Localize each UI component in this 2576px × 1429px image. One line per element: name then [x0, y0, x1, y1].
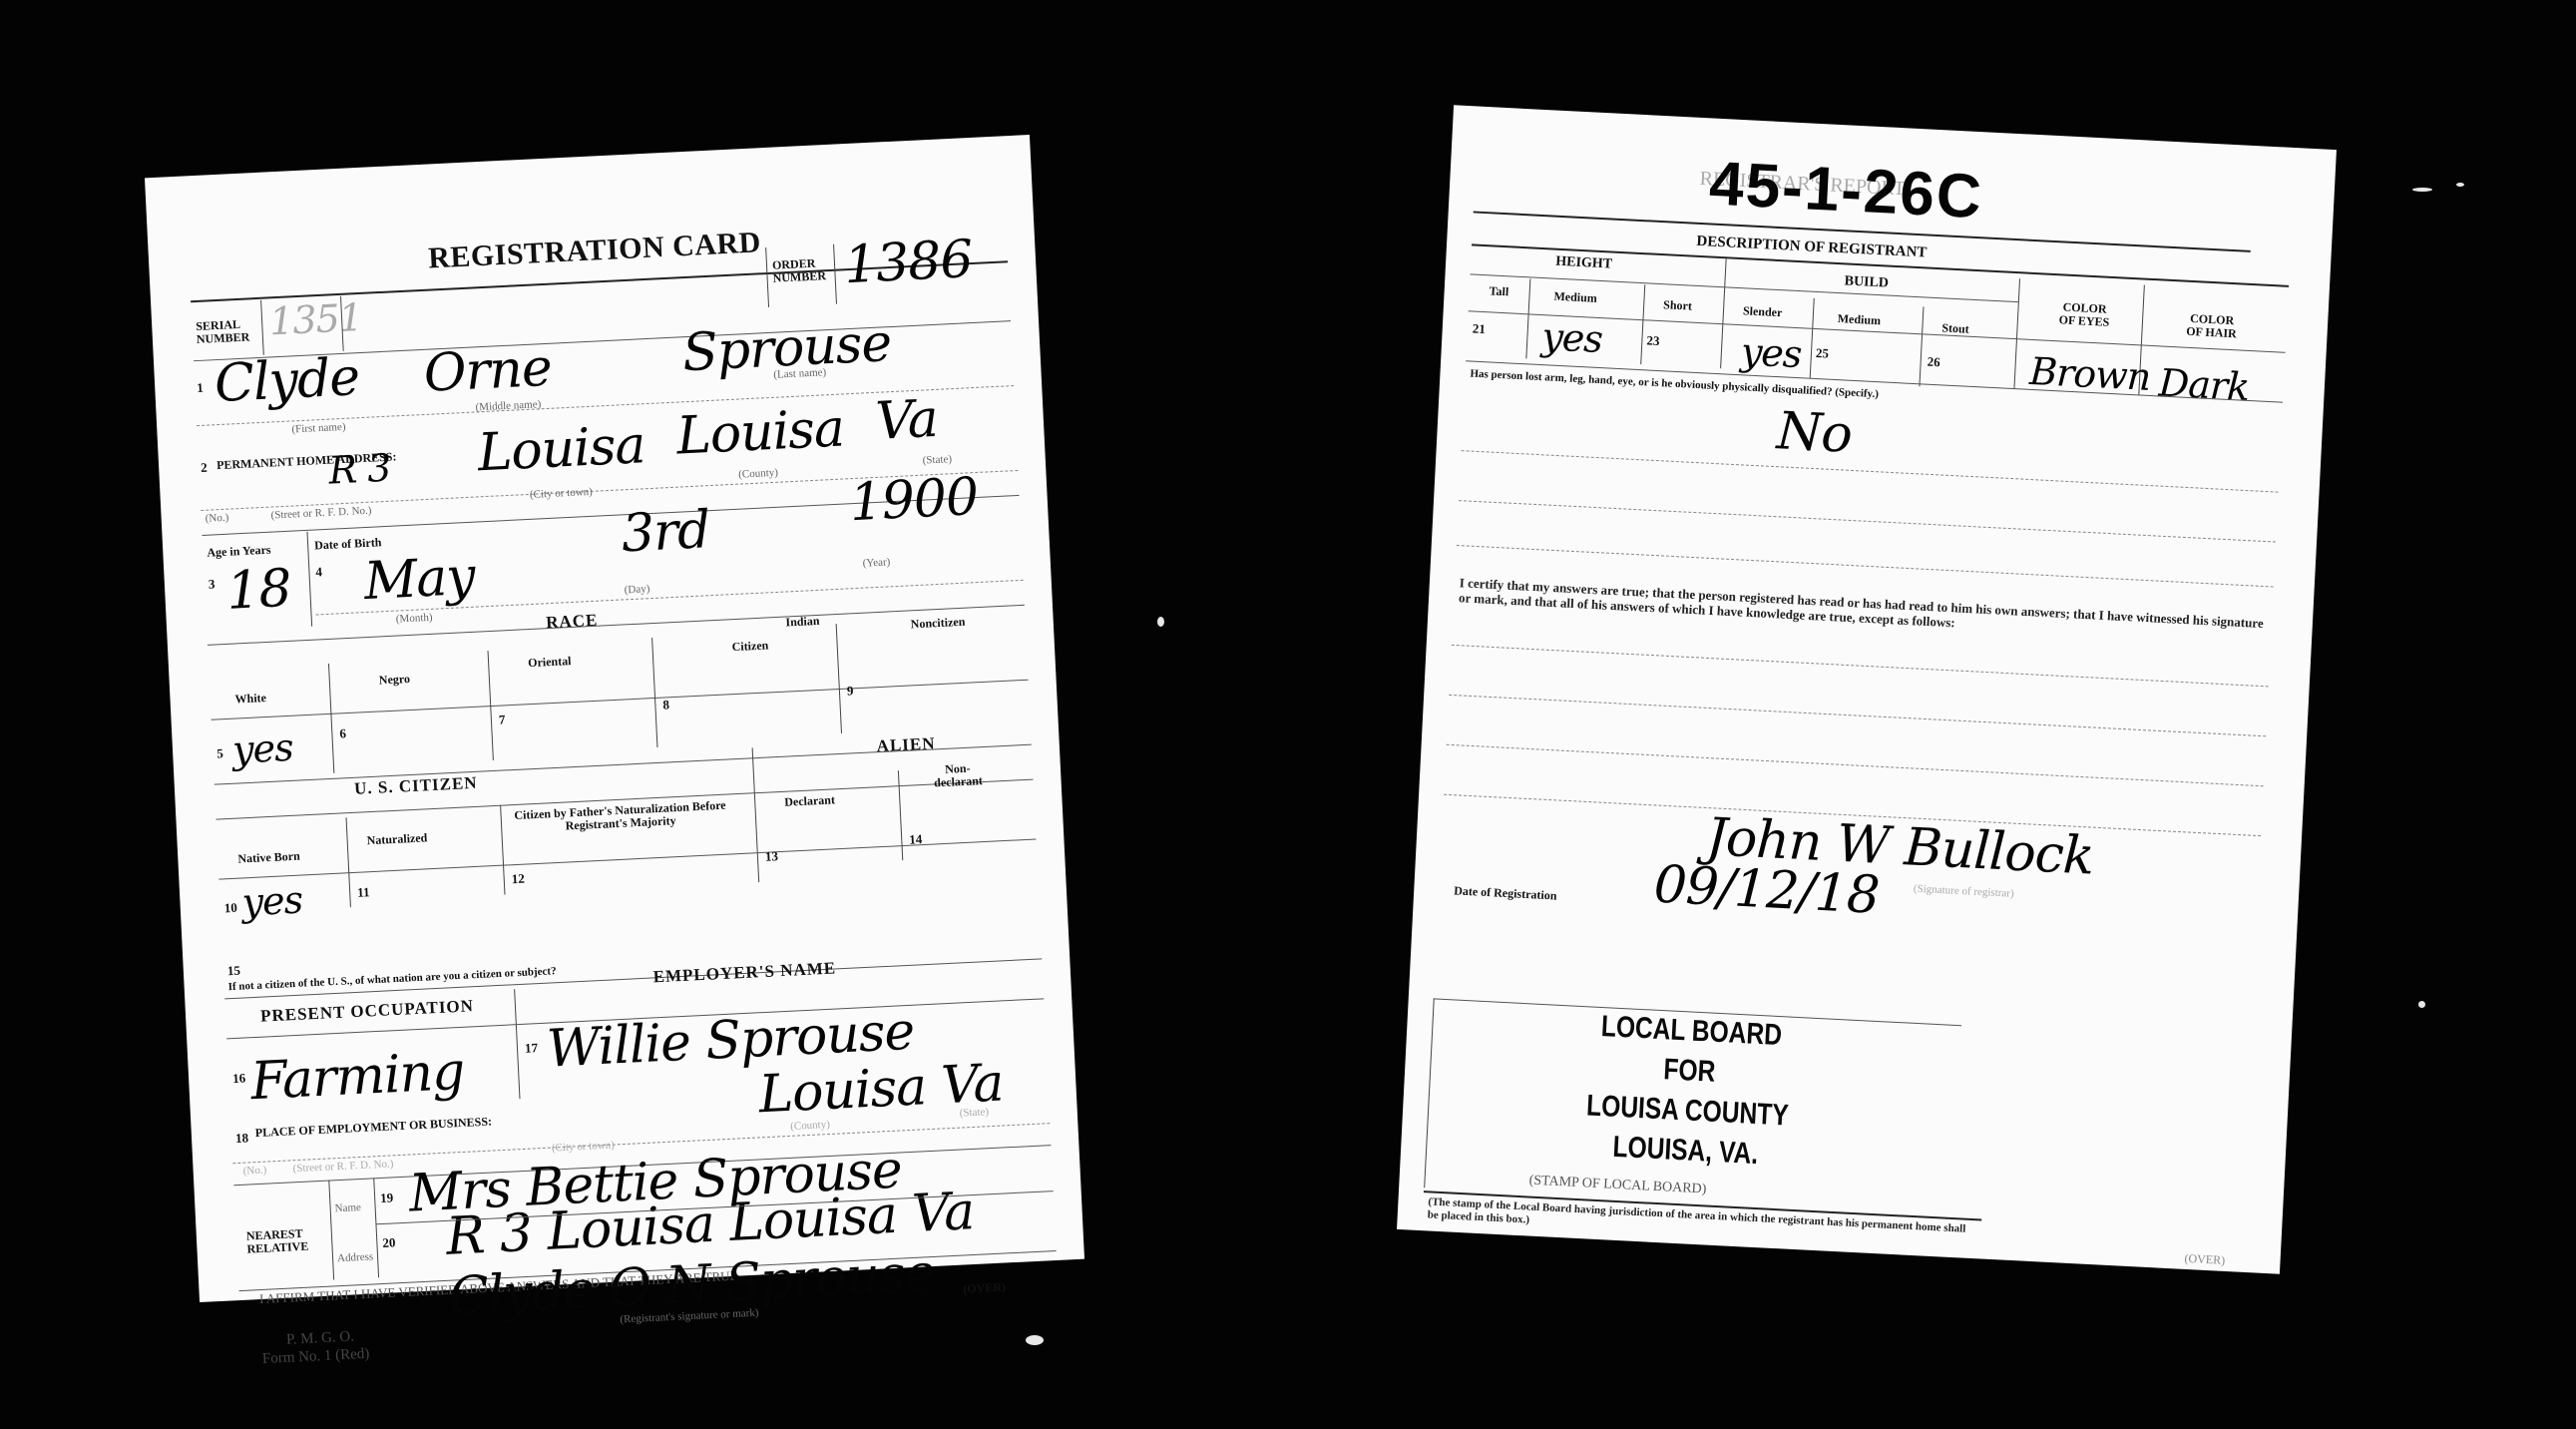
serial-number-label: SERIAL NUMBER — [196, 317, 266, 346]
stamp-number: 45-1-26C — [1708, 148, 1985, 233]
hair-color-value: Dark — [2158, 360, 2250, 409]
home-address-city: Louisa — [476, 415, 645, 483]
first-name: Clyde — [214, 347, 361, 414]
order-number-label: ORDER NUMBER — [772, 256, 833, 285]
form-id-line2: Form No. 1 (Red) — [262, 1346, 370, 1368]
order-number-value: 1386 — [843, 230, 974, 295]
dust-speck — [1026, 1335, 1044, 1345]
native-born-value: yes — [240, 878, 303, 925]
birth-year: 1900 — [848, 467, 979, 533]
card-title: REGISTRATION CARD — [427, 226, 761, 275]
nearest-relative-label: NEAREST RELATIVE — [246, 1226, 327, 1256]
form-id-line1: P. M. G. O. — [286, 1329, 355, 1349]
height-medium-value: yes — [1540, 314, 1603, 361]
dust-speck — [2412, 188, 2432, 192]
stamp-caption: (STAMP OF LOCAL BOARD) — [1528, 1174, 1707, 1198]
date-of-registration-label: Date of Registration — [1454, 884, 1557, 902]
birth-month: May — [363, 547, 476, 612]
local-board-stamp: LOCAL BOARD FOR LOUISA COUNTY LOUISA, VA… — [1555, 1005, 1823, 1178]
race-heading: RACE — [546, 611, 599, 634]
employer-heading: EMPLOYER'S NAME — [652, 958, 836, 987]
dust-speck — [2418, 1001, 2425, 1008]
age-label: Age in Years — [207, 544, 271, 560]
q29-value: No — [1775, 401, 1853, 465]
registration-card-front: REGISTRATION CARD SERIAL NUMBER 1351 ORD… — [145, 135, 1084, 1302]
place-of-employment-label: PLACE OF EMPLOYMENT OR BUSINESS: — [255, 1116, 493, 1141]
dust-speck — [2456, 183, 2464, 187]
build-slender-value: yes — [1740, 329, 1803, 376]
serial-number-value: 1351 — [268, 295, 363, 343]
registration-card-back: REGISTRAR'S REPORT 45-1-26C DESCRIPTION … — [1397, 105, 2337, 1273]
home-address-street: R 3 — [327, 446, 391, 493]
alien-heading: ALIEN — [876, 733, 936, 756]
home-address-county: Louisa — [675, 398, 845, 466]
birth-day: 3rd — [621, 500, 711, 564]
occupation-heading: PRESENT OCCUPATION — [260, 996, 475, 1026]
middle-name: Orne — [422, 338, 553, 404]
dust-speck — [1157, 617, 1164, 627]
occupation-value: Farming — [249, 1042, 466, 1112]
date-of-registration-value: 09/12/18 — [1652, 855, 1880, 926]
home-address-state: Va — [874, 389, 939, 452]
date-of-birth-label: Date of Birth — [314, 536, 382, 552]
race-white-value: yes — [231, 725, 294, 772]
age-value: 18 — [225, 559, 292, 622]
q30-certification: I certify that my answers are true; that… — [1459, 575, 2277, 646]
